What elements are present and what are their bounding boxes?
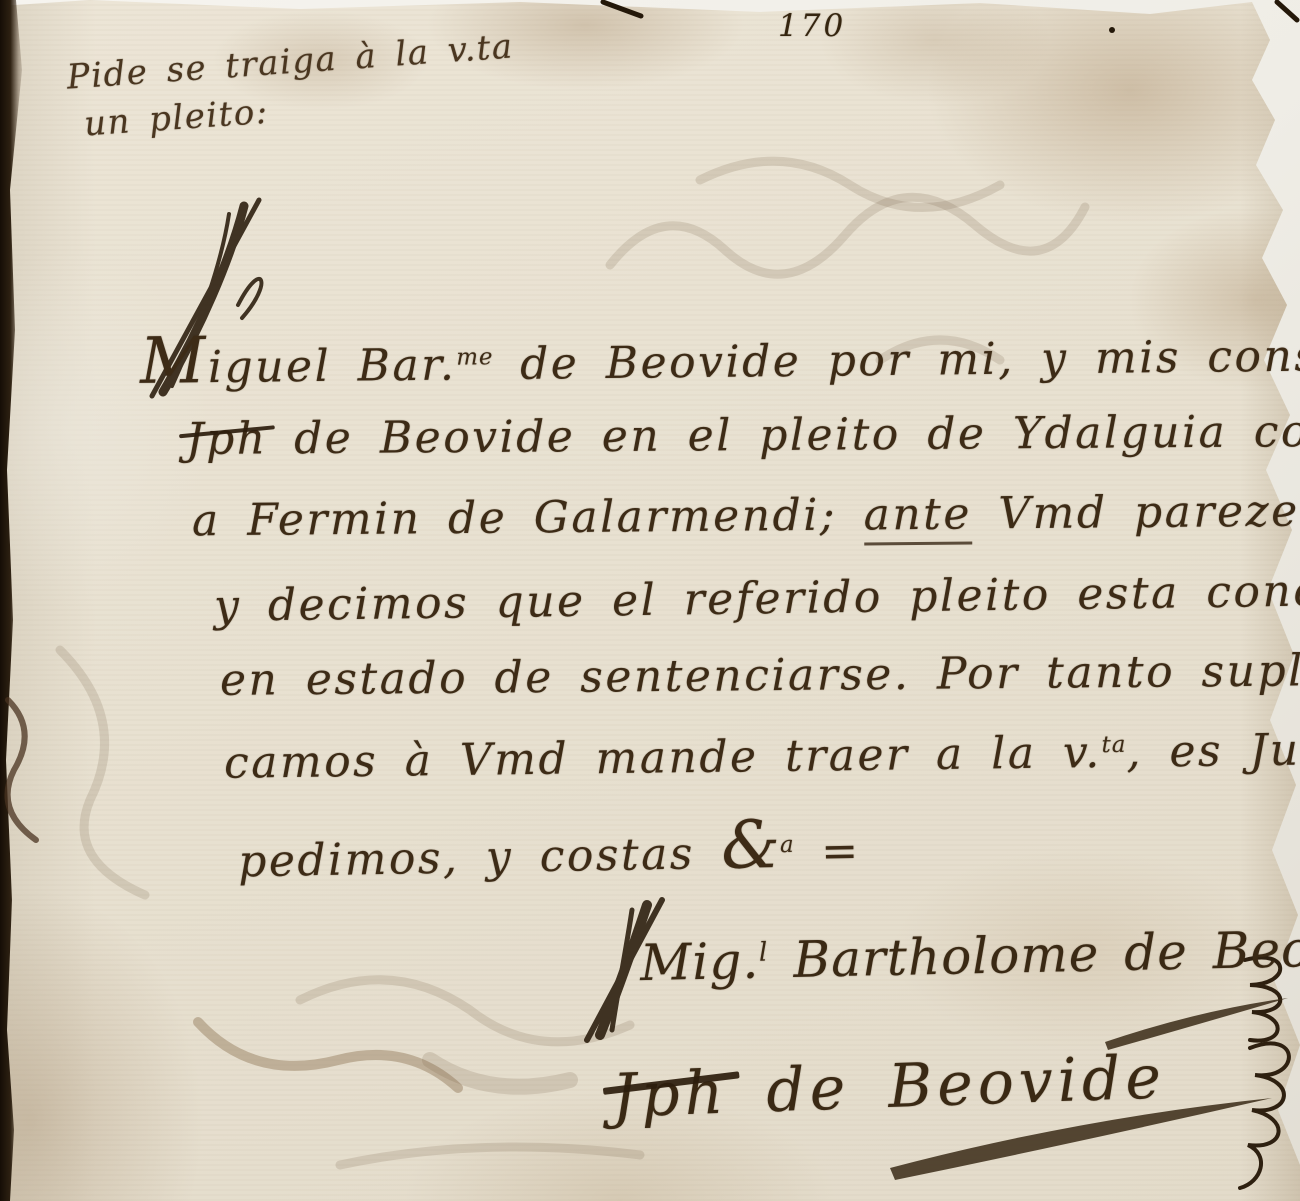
underlined-word-ante: ante <box>863 489 972 546</box>
body-line-7: pedimos, y costas &a = <box>237 805 861 893</box>
superscript-ta: ta <box>1101 732 1126 758</box>
etcetera-superscript: a <box>780 832 795 858</box>
superscript-me: me <box>456 344 494 370</box>
signature-second-jph: Jph <box>611 1058 729 1132</box>
body-line-1-rest: de Beovide por mi, y mis consortes <box>493 329 1300 390</box>
manuscript-scan: Pide se traiga à la v.ta un pleito: 170 … <box>0 0 1300 1201</box>
struck-word-jph: Jph <box>186 413 268 465</box>
signature-first-abbrev: Mig. <box>639 932 759 992</box>
body-line-2-rest: de Beovide en el pleito de Ydalguia con <box>267 406 1300 464</box>
body-line-1: Miguel Bar.me de Beovide por mi, y mis c… <box>140 311 1300 399</box>
body-line-3-rest: Vmd parezemos, <box>972 485 1300 540</box>
body-line-3: a Fermin de Galarmendi; ante Vmd parezem… <box>192 485 1300 547</box>
body-line-6-text: camos à Vmd mande traer a la v. <box>224 727 1102 789</box>
body-line-1-text: Miguel Bar. <box>140 340 457 394</box>
page-number: 170 <box>778 8 846 44</box>
body-line-2: Jph de Beovide en el pleito de Ydalguia … <box>186 406 1300 465</box>
body-line-6-mid: , es Just. <box>1126 724 1300 778</box>
body-line-3-text: a Fermin de Galarmendi; <box>192 489 864 546</box>
body-line-5: en estado de sentenciarse. Por tanto sup… <box>220 645 1300 706</box>
etcetera-flourish: & <box>721 806 781 884</box>
body-line-7-text: pedimos, y costas <box>238 828 722 887</box>
etcetera-equals: = <box>794 826 861 878</box>
